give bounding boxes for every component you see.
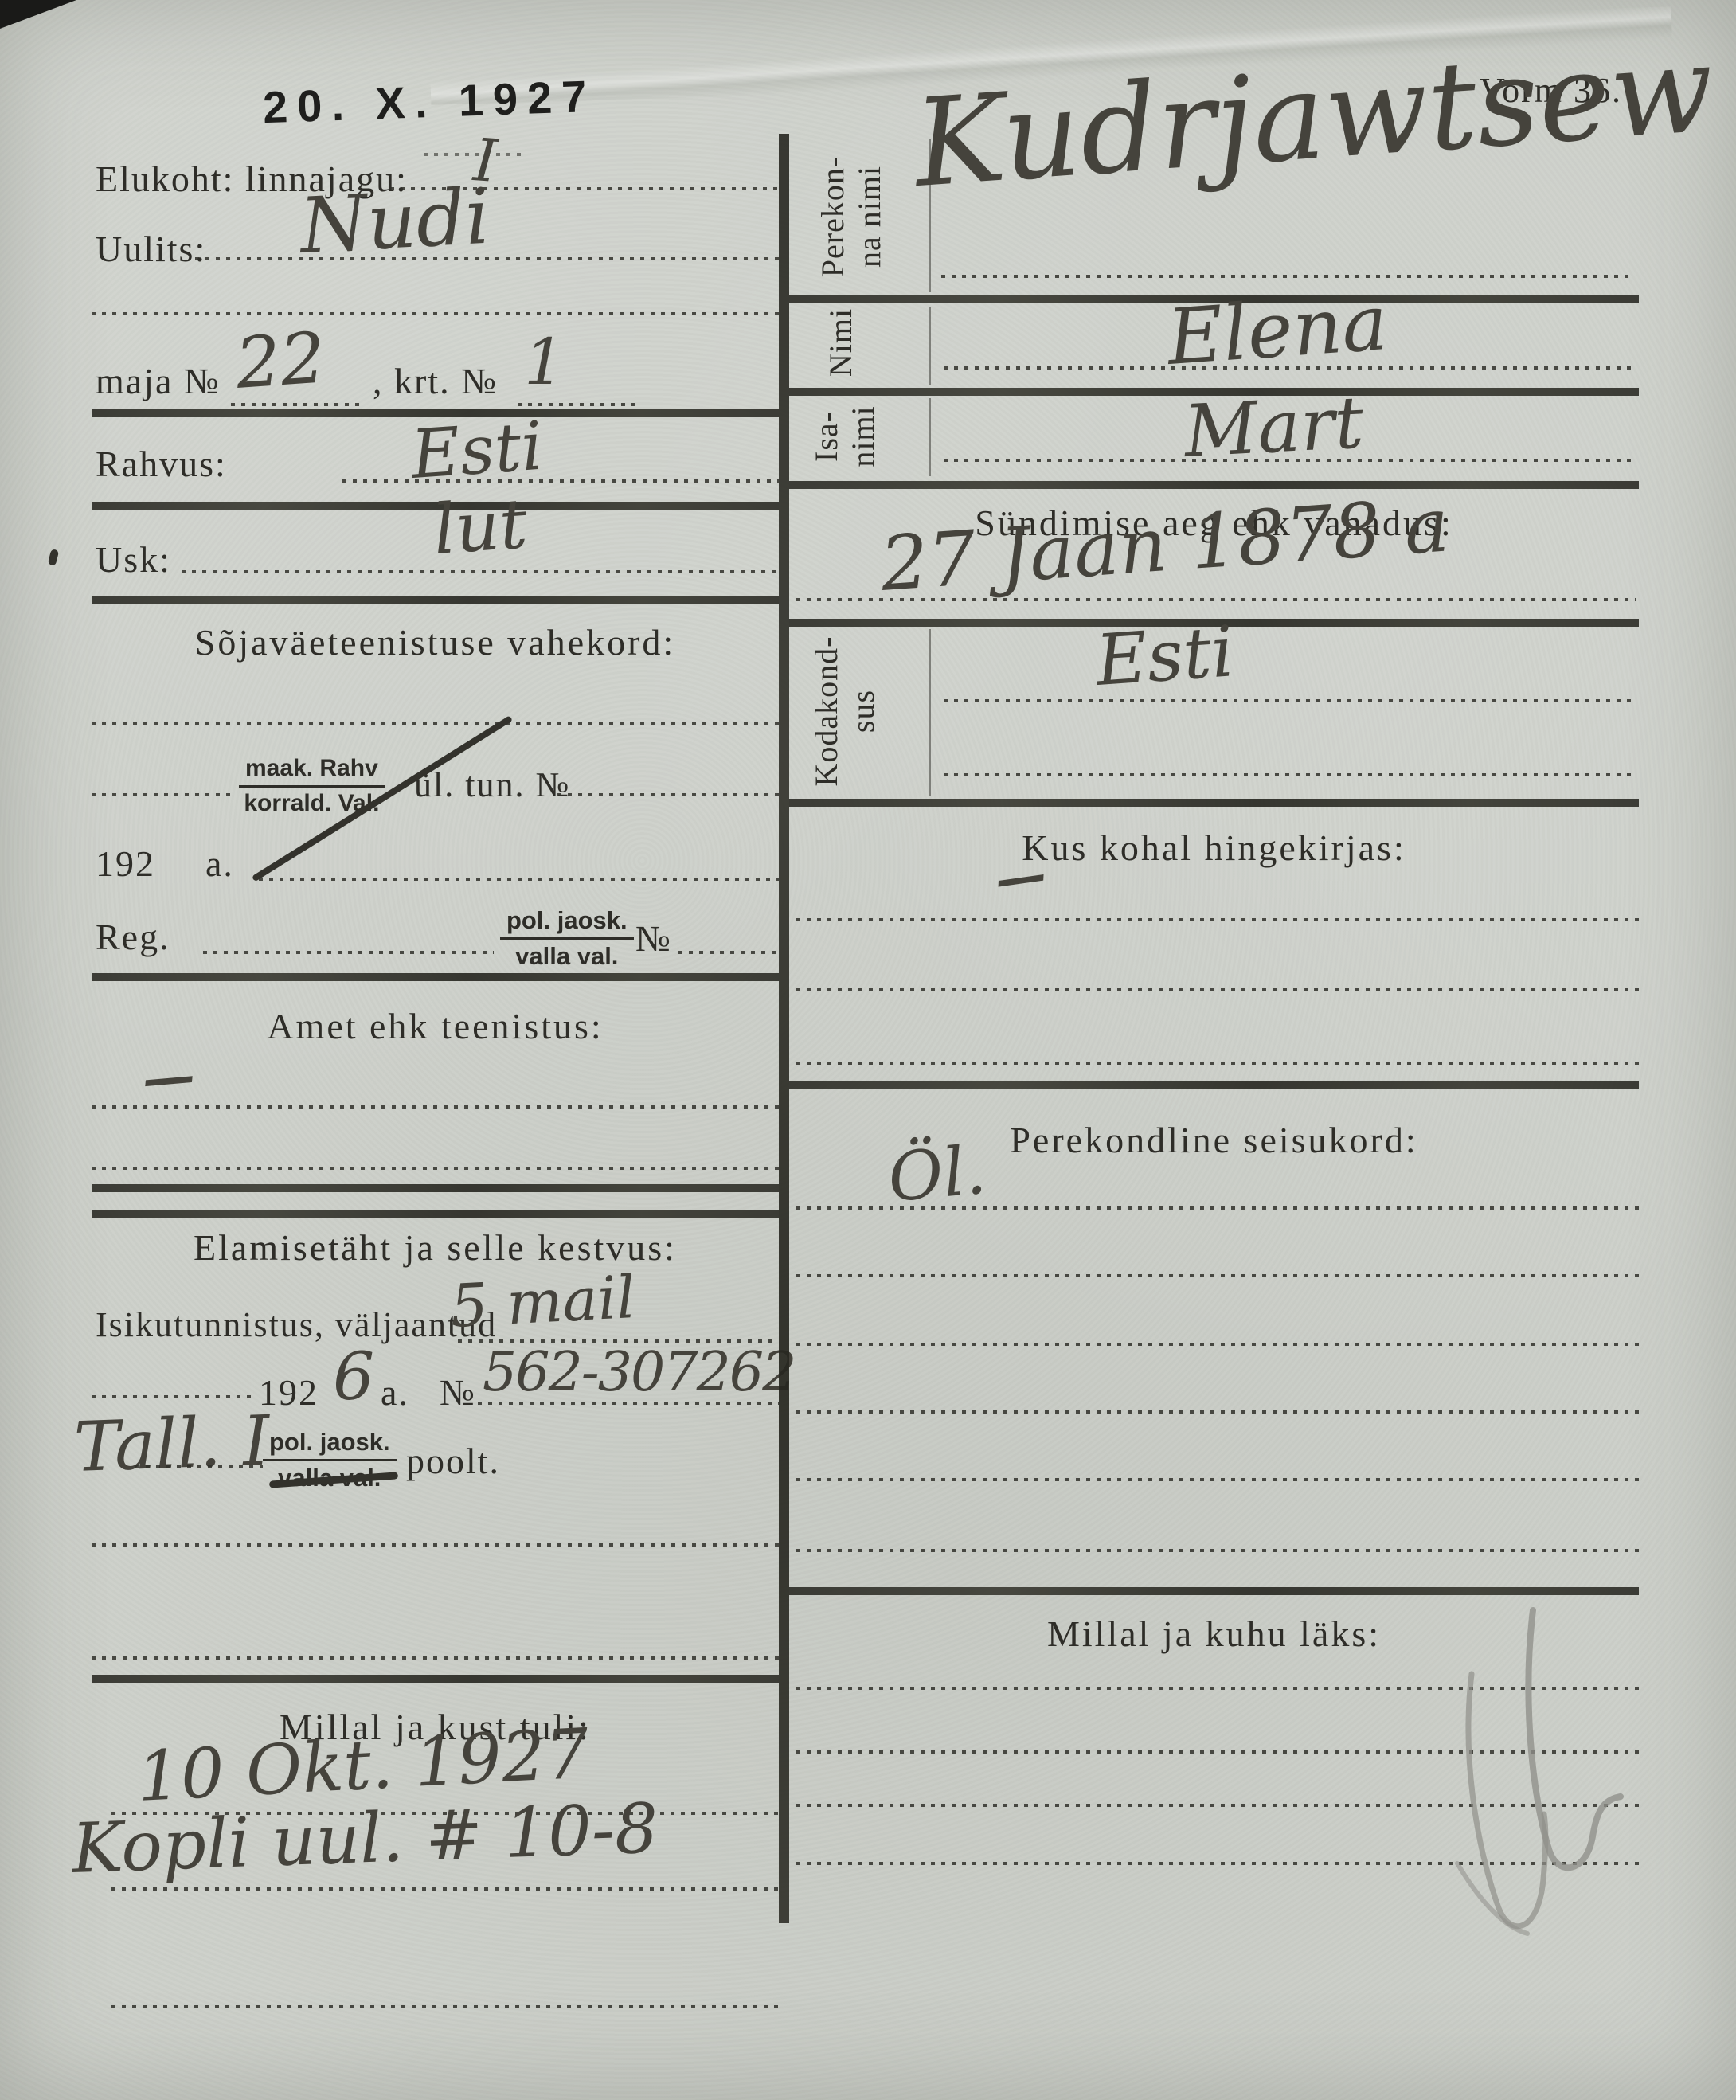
rule [92, 1675, 779, 1683]
reg-line-right [678, 951, 779, 954]
issued-number-line [478, 1402, 779, 1405]
pol-frac-top: pol. jaosk. [263, 1428, 397, 1461]
ink-speck [48, 549, 60, 566]
field-usk-label: Usk: [96, 538, 171, 581]
pol-frac-top: pol. jaosk. [500, 906, 634, 940]
amet-value-dash: — [139, 1044, 197, 1110]
field-maja-value: 22 [233, 316, 328, 405]
maak-frac-top: maak. Rahv [239, 755, 385, 788]
field-krt-value: 1 [524, 325, 565, 399]
rule [92, 1184, 779, 1192]
section-elamisetaht-heading: Elamisetäht ja selle kestvus: [92, 1226, 779, 1269]
rule [789, 1587, 1639, 1595]
kodakondsus-line [944, 699, 1632, 702]
year-a-label: a. [205, 843, 234, 885]
blank-line [92, 1656, 779, 1660]
usk-line [182, 570, 779, 573]
nimi-line [944, 366, 1632, 370]
blank-line [92, 1543, 779, 1547]
pol-frac-bottom: valla val. [500, 940, 634, 971]
kodakondsus-value: Esti [1093, 610, 1237, 702]
blank-line [796, 918, 1639, 921]
field-krt-label: , krt. № [373, 360, 498, 402]
blank-line [796, 1343, 1639, 1346]
pencil-mark [1386, 1601, 1720, 1951]
issued-by-line [135, 1465, 263, 1468]
field-rahvus-label: Rahvus: [96, 443, 227, 485]
issued-no-sign: № [440, 1371, 476, 1414]
krt-line [518, 403, 637, 406]
year-printed: 192 [96, 843, 155, 885]
rule [92, 1210, 779, 1218]
section-sojavaeteenistus-heading: Sõjaväeteenistuse vahekord: [92, 621, 779, 663]
isanimi-label-line2: nimi [845, 405, 881, 467]
label-separator [929, 307, 931, 385]
sundimine-line [796, 598, 1636, 601]
isanimi-line [944, 459, 1632, 462]
field-usk-value: lut [431, 484, 530, 570]
isikutunnistus-label: Isikutunnistus, väljaantud [96, 1304, 497, 1345]
tuli-line [111, 1887, 779, 1891]
column-divider [779, 134, 789, 1923]
pol-valla-fraction: pol. jaosk. valla val. [500, 906, 634, 970]
scan-corner-shadow [0, 0, 76, 29]
field-rahvus-value: Esti [409, 407, 545, 494]
rule [92, 596, 779, 604]
spare-line [92, 312, 779, 315]
kodakondsus-label-line2: sus [845, 690, 881, 733]
blank-line [796, 1062, 1639, 1065]
rule [92, 973, 779, 981]
date-stamp: 20. X. 1927 [262, 70, 596, 134]
label-separator [929, 629, 931, 796]
nimi-label-text: Nimi [823, 308, 858, 377]
blank-line [796, 1410, 1639, 1414]
year-line [259, 878, 779, 881]
field-uulits-value: Nudi [298, 172, 492, 271]
issued-by-hand: Tall. I [73, 1401, 272, 1488]
reg-no-sign: № [635, 917, 672, 960]
maja-line [231, 403, 362, 406]
blank-line [796, 988, 1639, 991]
rule [789, 1081, 1639, 1089]
reg-label: Reg. [96, 916, 170, 958]
rahvus-line [342, 479, 779, 483]
section-amet-heading: Amet ehk teenistus: [92, 1005, 779, 1047]
blank-line [796, 1206, 1639, 1210]
leader-line [92, 1395, 251, 1398]
isikutunnistus-value: 5 mail [448, 1263, 636, 1341]
ul-tun-label: ül. tun. № [414, 765, 570, 805]
scanned-form-page: 20. X. 1927 Vorm 36. Elukoht: linnajagu:… [0, 0, 1736, 2100]
poolt-label: poolt. [406, 1440, 500, 1482]
blank-line [92, 1105, 779, 1109]
leader-line [92, 793, 231, 796]
blank-line [92, 722, 779, 725]
reg-line-left [203, 951, 494, 954]
hingekirjas-value-dash: — [991, 844, 1050, 910]
blank-line [92, 1167, 779, 1170]
kodakondsus-line2 [944, 773, 1632, 776]
perekonnanimi-line [941, 275, 1632, 278]
label-separator [929, 398, 931, 476]
blank-line [111, 2005, 779, 2008]
rule [789, 481, 1639, 489]
issued-year-hand: 6 [333, 1339, 374, 1415]
field-maja-label: maja № [96, 360, 221, 402]
field-uulits-label: Uulits: [96, 228, 206, 270]
kodakondsus-label-line1: Kodakond- [808, 636, 844, 787]
issued-a-label: a. [381, 1371, 409, 1414]
blank-line [796, 1478, 1639, 1481]
perekonnanimi-label-line2: na nimi [851, 166, 887, 268]
isanimi-label-line1: Isa- [808, 411, 844, 462]
issued-number: 562-307262 [483, 1341, 795, 1404]
seisukord-value: Öl. [885, 1131, 989, 1217]
kodakondsus-label: Kodakond- sus [808, 612, 896, 811]
blank-line [796, 1549, 1639, 1552]
blank-line [796, 1274, 1639, 1277]
hingekirjas-heading: Kus kohal hingekirjas: [789, 827, 1639, 869]
rule [789, 799, 1639, 807]
perekonnanimi-label-line1: Perekon- [815, 156, 850, 277]
tun-line [557, 793, 779, 796]
